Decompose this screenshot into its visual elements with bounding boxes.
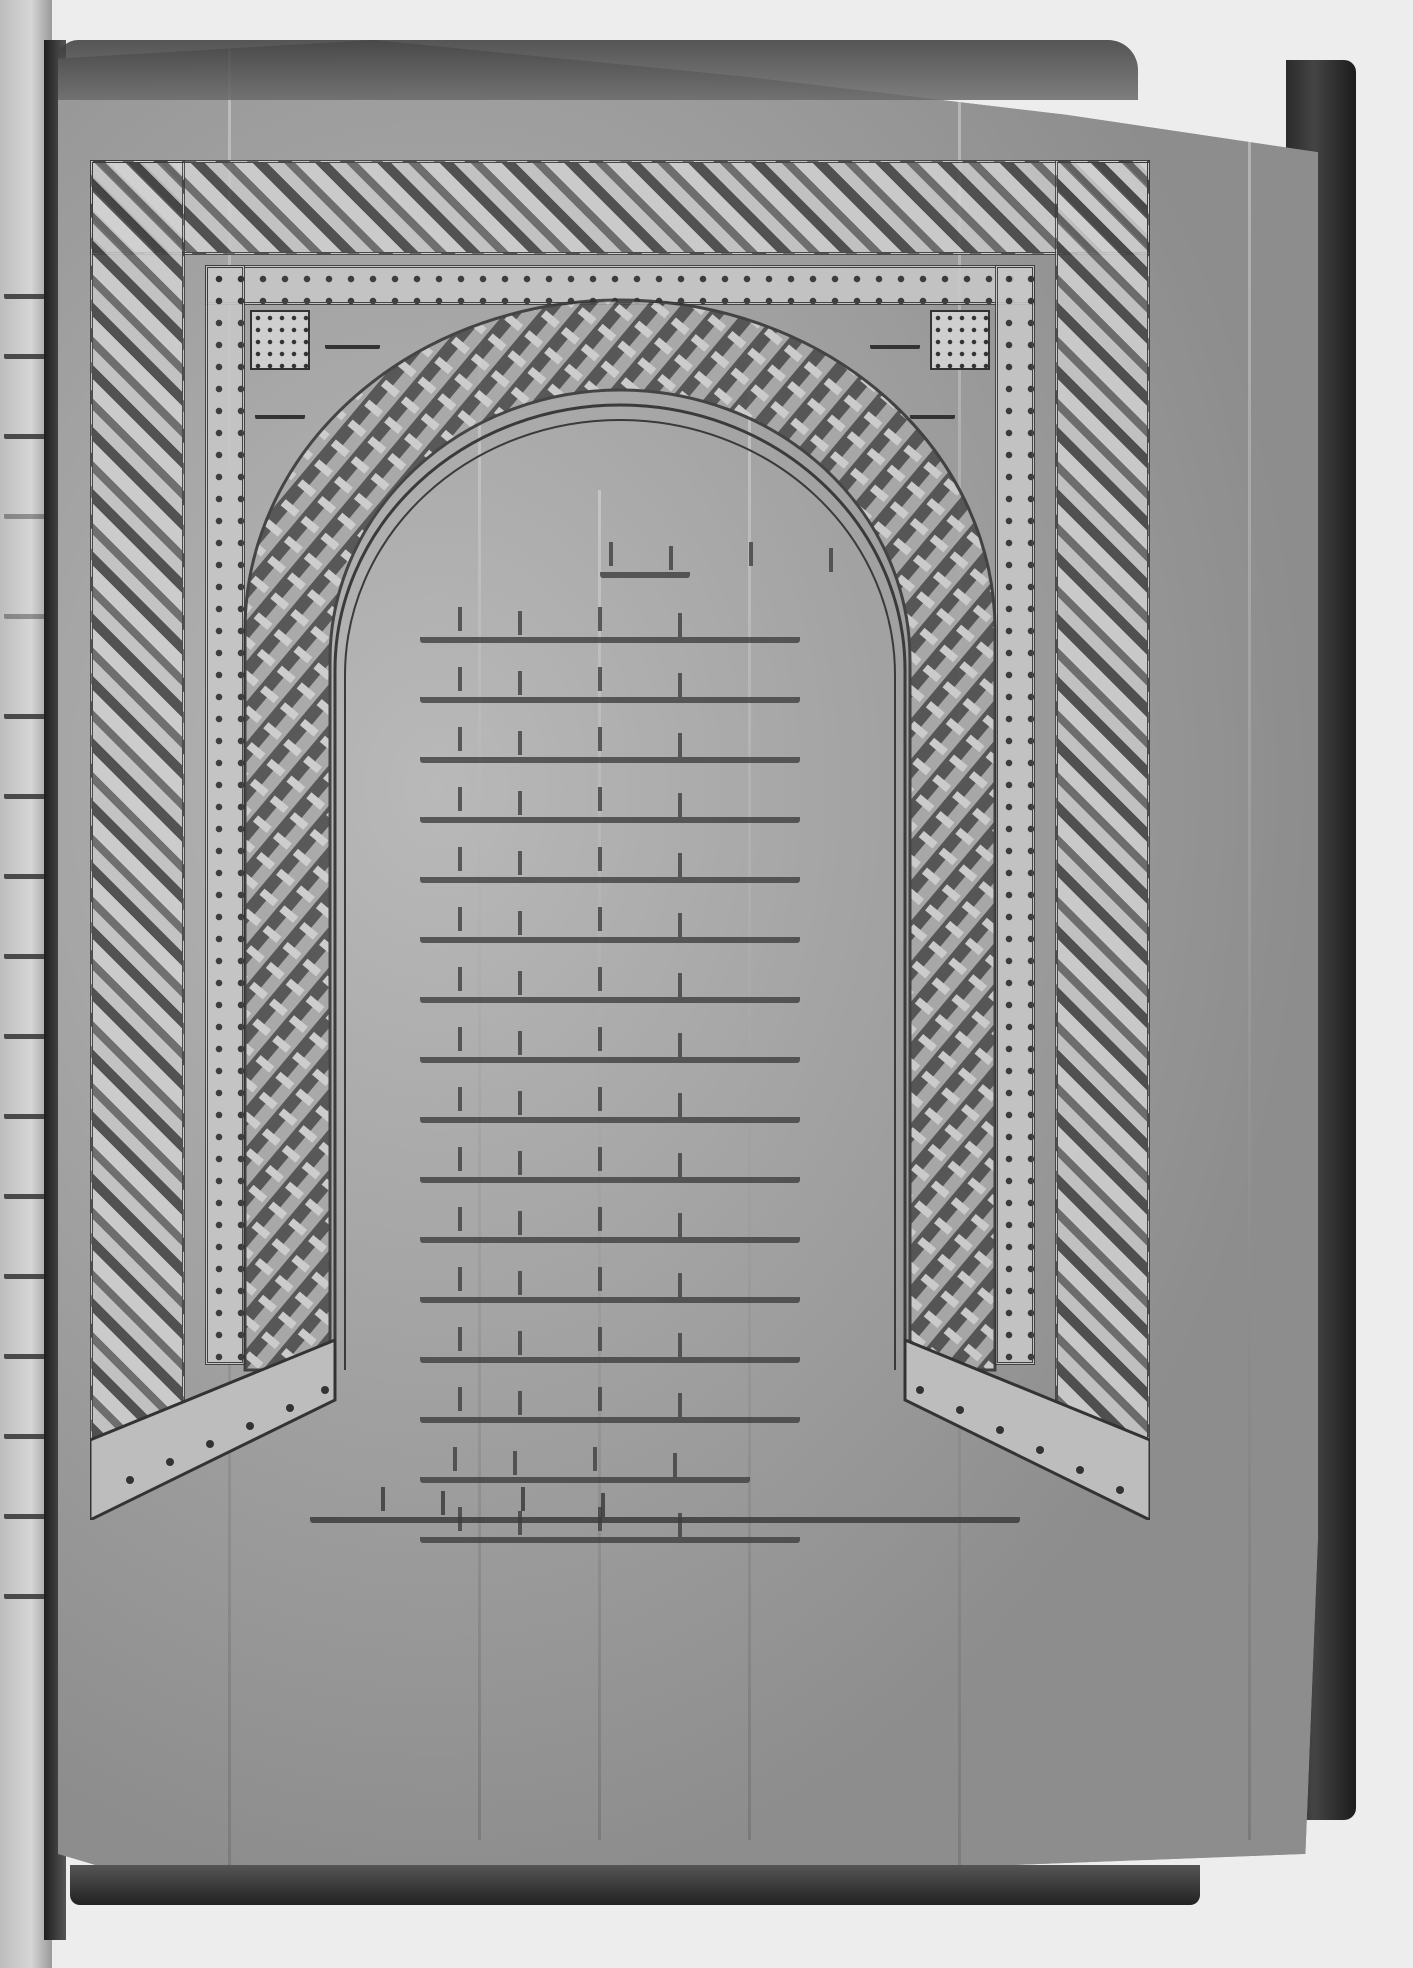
script-line (420, 925, 800, 943)
script-line (420, 1405, 800, 1423)
script-line (420, 985, 800, 1003)
script-line (420, 1225, 800, 1243)
script-line (420, 1465, 750, 1483)
script-line (600, 560, 690, 578)
script-line (420, 745, 800, 763)
script-line (420, 1045, 800, 1063)
main-text-block (0, 0, 1413, 1968)
script-line (420, 625, 800, 643)
script-line (420, 1525, 800, 1543)
script-line (420, 685, 800, 703)
script-line (420, 1105, 800, 1123)
script-line (420, 1345, 800, 1363)
script-line (420, 1165, 800, 1183)
script-line-colophon (310, 1505, 1020, 1523)
script-line (420, 805, 800, 823)
script-line (420, 865, 800, 883)
script-line (420, 1285, 800, 1303)
